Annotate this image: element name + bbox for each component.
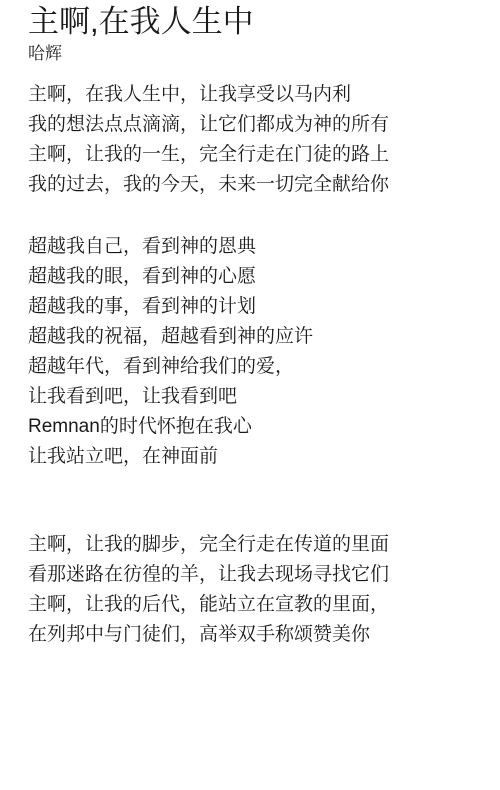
lyric-line: 让我站立吧，在神面前 [28, 442, 480, 472]
lyric-line: 主啊，让我的一生，完全行走在门徒的路上 [28, 140, 480, 170]
lyric-line: 在列邦中与门徒们，高举双手称颂赞美你 [28, 620, 480, 650]
lyric-line: 超越年代，看到神给我们的爱， [28, 352, 480, 382]
lyric-line: 超越我的事，看到神的计划 [28, 292, 480, 322]
lyric-line: 看那迷路在彷徨的羊，让我去现场寻找它们 [28, 560, 480, 590]
lyrics-stanza-2: 超越我自己，看到神的恩典 超越我的眼，看到神的心愿 超越我的事，看到神的计划 超… [28, 232, 480, 472]
lyric-line: 超越我自己，看到神的恩典 [28, 232, 480, 262]
lyric-line: 主啊，让我的后代，能站立在宣教的里面， [28, 590, 480, 620]
artist-name: 哈辉 [28, 42, 480, 66]
lyric-line: 我的想法点点滴滴，让它们都成为神的所有 [28, 110, 480, 140]
page-title: 主啊,在我人生中 [28, 2, 480, 42]
lyric-line: Remnan的时代怀抱在我心 [28, 412, 480, 442]
lyrics-page: 主啊,在我人生中 哈辉 主啊，在我人生中，让我享受以马内利 我的想法点点滴滴，让… [0, 0, 500, 790]
lyric-line: 超越我的眼，看到神的心愿 [28, 262, 480, 292]
lyric-line: 让我看到吧，让我看到吧 [28, 382, 480, 412]
lyrics-stanza-1: 主啊，在我人生中，让我享受以马内利 我的想法点点滴滴，让它们都成为神的所有 主啊… [28, 80, 480, 200]
lyric-line: 主啊，在我人生中，让我享受以马内利 [28, 80, 480, 110]
lyrics-stanza-3: 主啊，让我的脚步，完全行走在传道的里面 看那迷路在彷徨的羊，让我去现场寻找它们 … [28, 530, 480, 650]
lyric-line: 主啊，让我的脚步，完全行走在传道的里面 [28, 530, 480, 560]
lyric-line: 我的过去，我的今天，未来一切完全献给你 [28, 170, 480, 200]
lyric-line: 超越我的祝福，超越看到神的应许 [28, 322, 480, 352]
